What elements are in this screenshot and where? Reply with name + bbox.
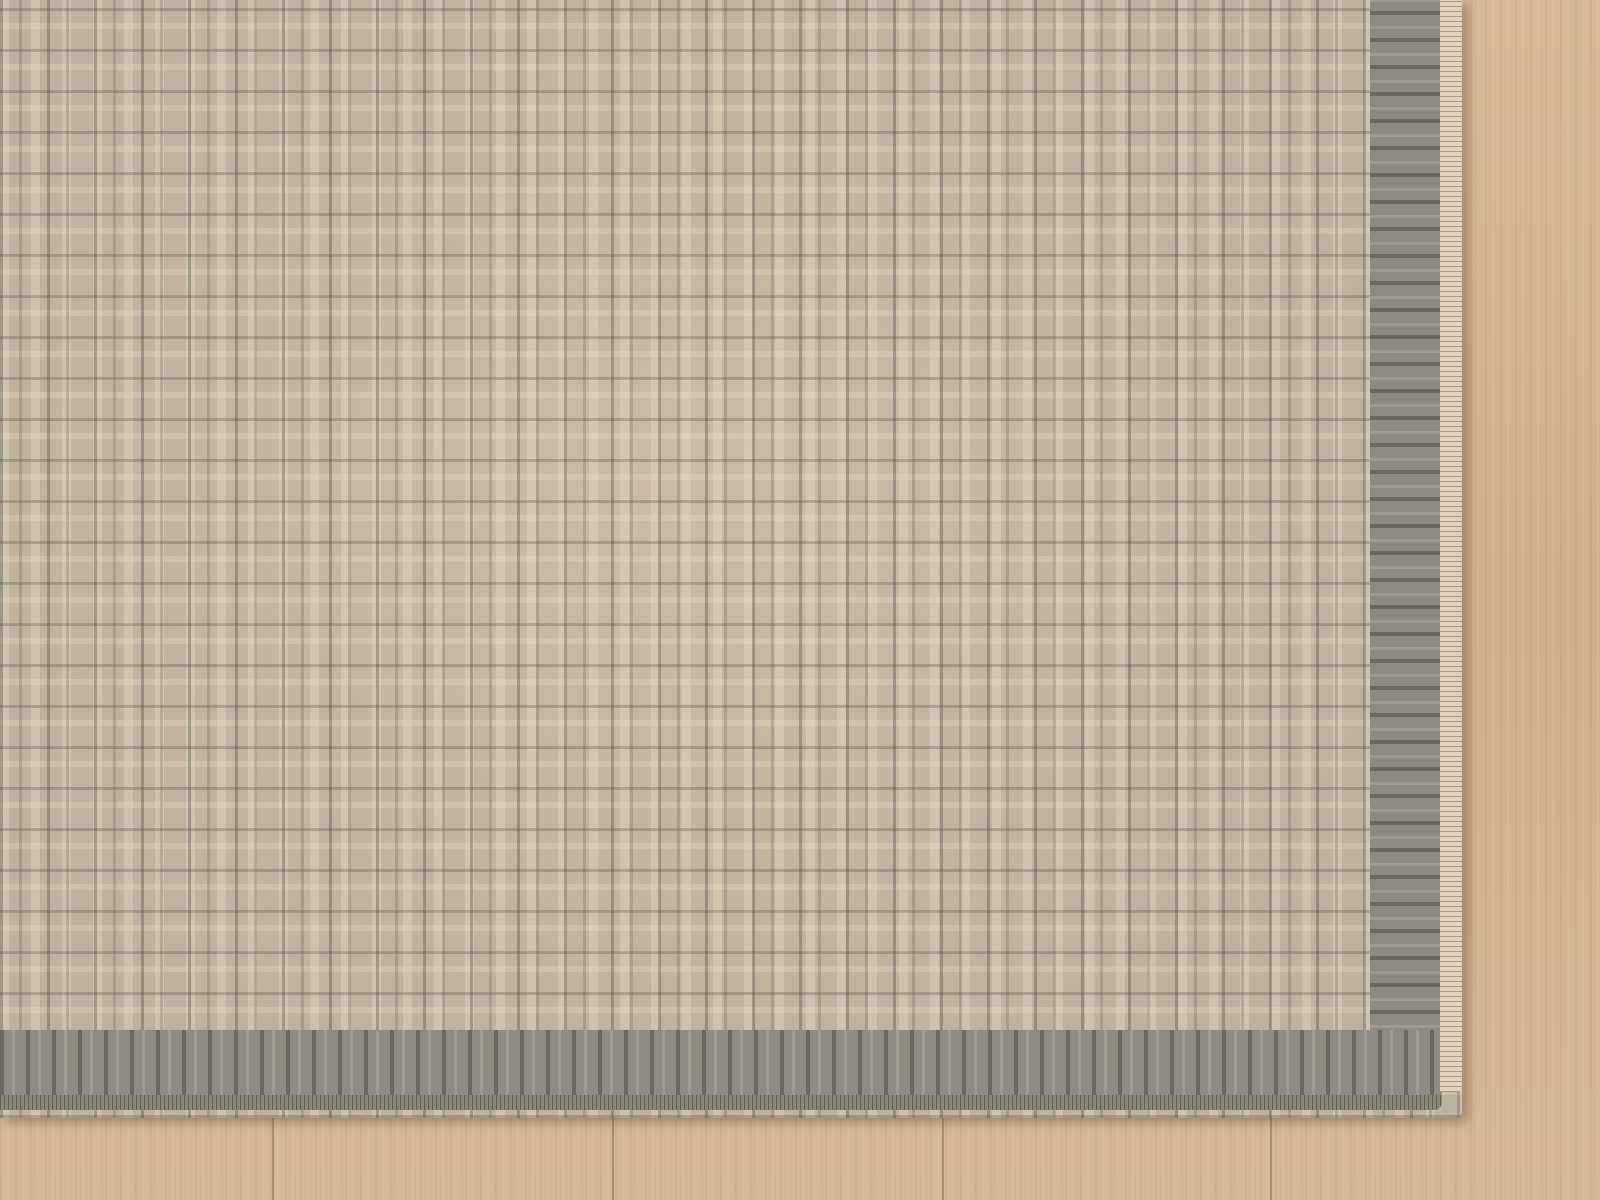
floor-seam <box>1270 1110 1272 1200</box>
rug-border-bottom <box>0 1030 1442 1098</box>
floor-seam <box>942 1110 944 1200</box>
floor-seam <box>272 1110 274 1200</box>
rug-binding-edge <box>0 1095 1442 1110</box>
rug-fringe <box>1440 0 1462 1092</box>
area-rug <box>0 0 1462 1118</box>
floor-seam <box>612 1110 614 1200</box>
rug-border-right <box>1370 0 1442 1095</box>
